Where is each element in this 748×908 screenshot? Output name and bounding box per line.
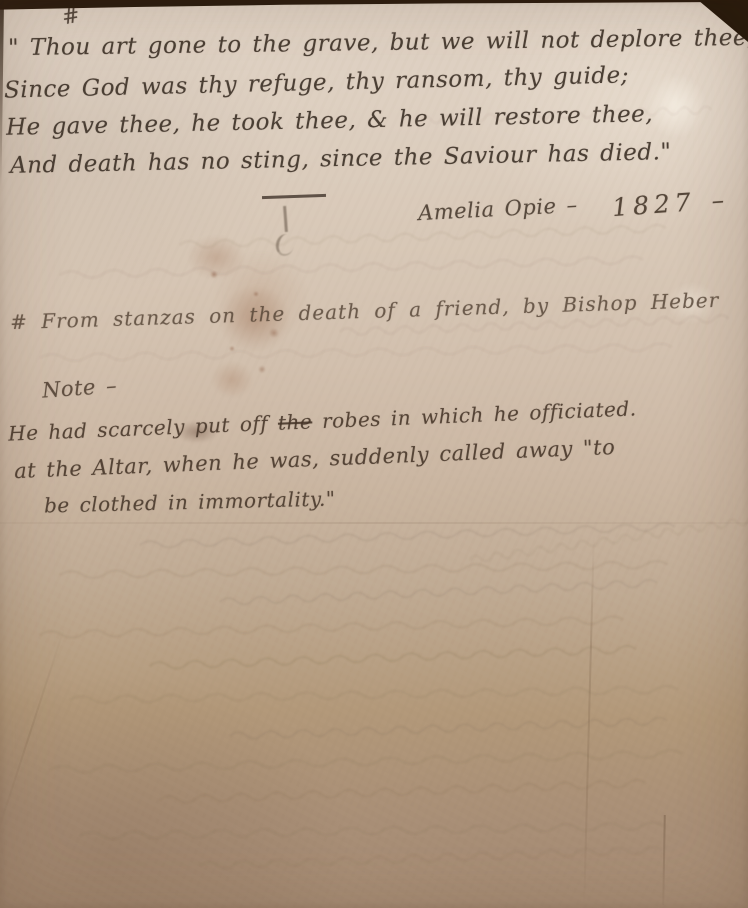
photo-vignette [0, 0, 748, 908]
manuscript-photo: # " Thou art gone to the grave, but we w… [0, 0, 748, 908]
